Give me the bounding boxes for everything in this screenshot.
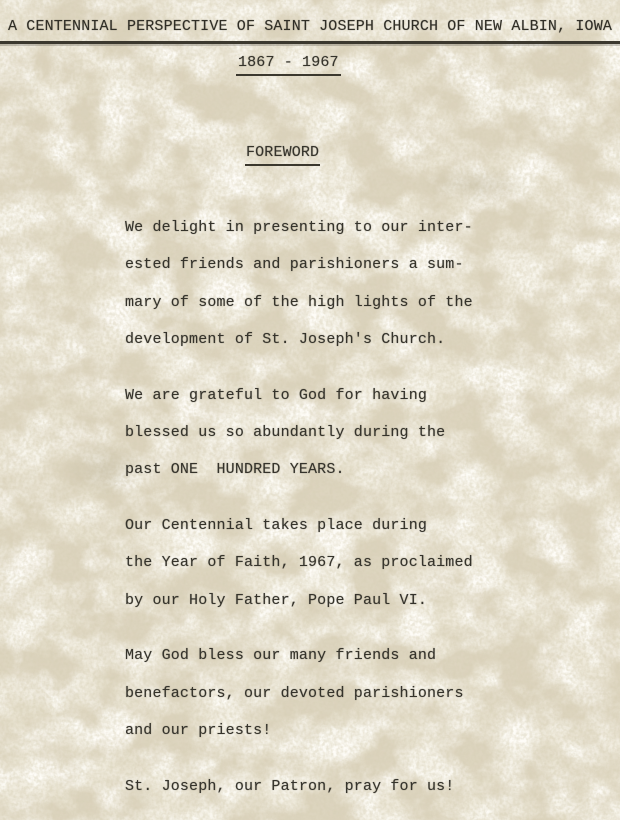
closing-invocation-line: St. Joseph, our Patron, pray for us! — [125, 768, 505, 805]
section-heading-foreword: FOREWORD — [245, 144, 320, 166]
document-title: A CENTENNIAL PERSPECTIVE OF SAINT JOSEPH… — [8, 18, 612, 35]
title-underline-rule — [0, 41, 620, 44]
scanned-document-page: A CENTENNIAL PERSPECTIVE OF SAINT JOSEPH… — [0, 0, 620, 820]
foreword-paragraph-4: May God bless our many friends and benef… — [125, 637, 505, 749]
foreword-paragraph-2: We are grateful to God for having blesse… — [125, 377, 505, 489]
foreword-paragraph-3: Our Centennial takes place during the Ye… — [125, 507, 505, 619]
foreword-body: We delight in presenting to our inter- e… — [125, 209, 505, 805]
date-range-subtitle: 1867 - 1967 — [236, 54, 341, 76]
foreword-paragraph-1: We delight in presenting to our inter- e… — [125, 209, 505, 358]
